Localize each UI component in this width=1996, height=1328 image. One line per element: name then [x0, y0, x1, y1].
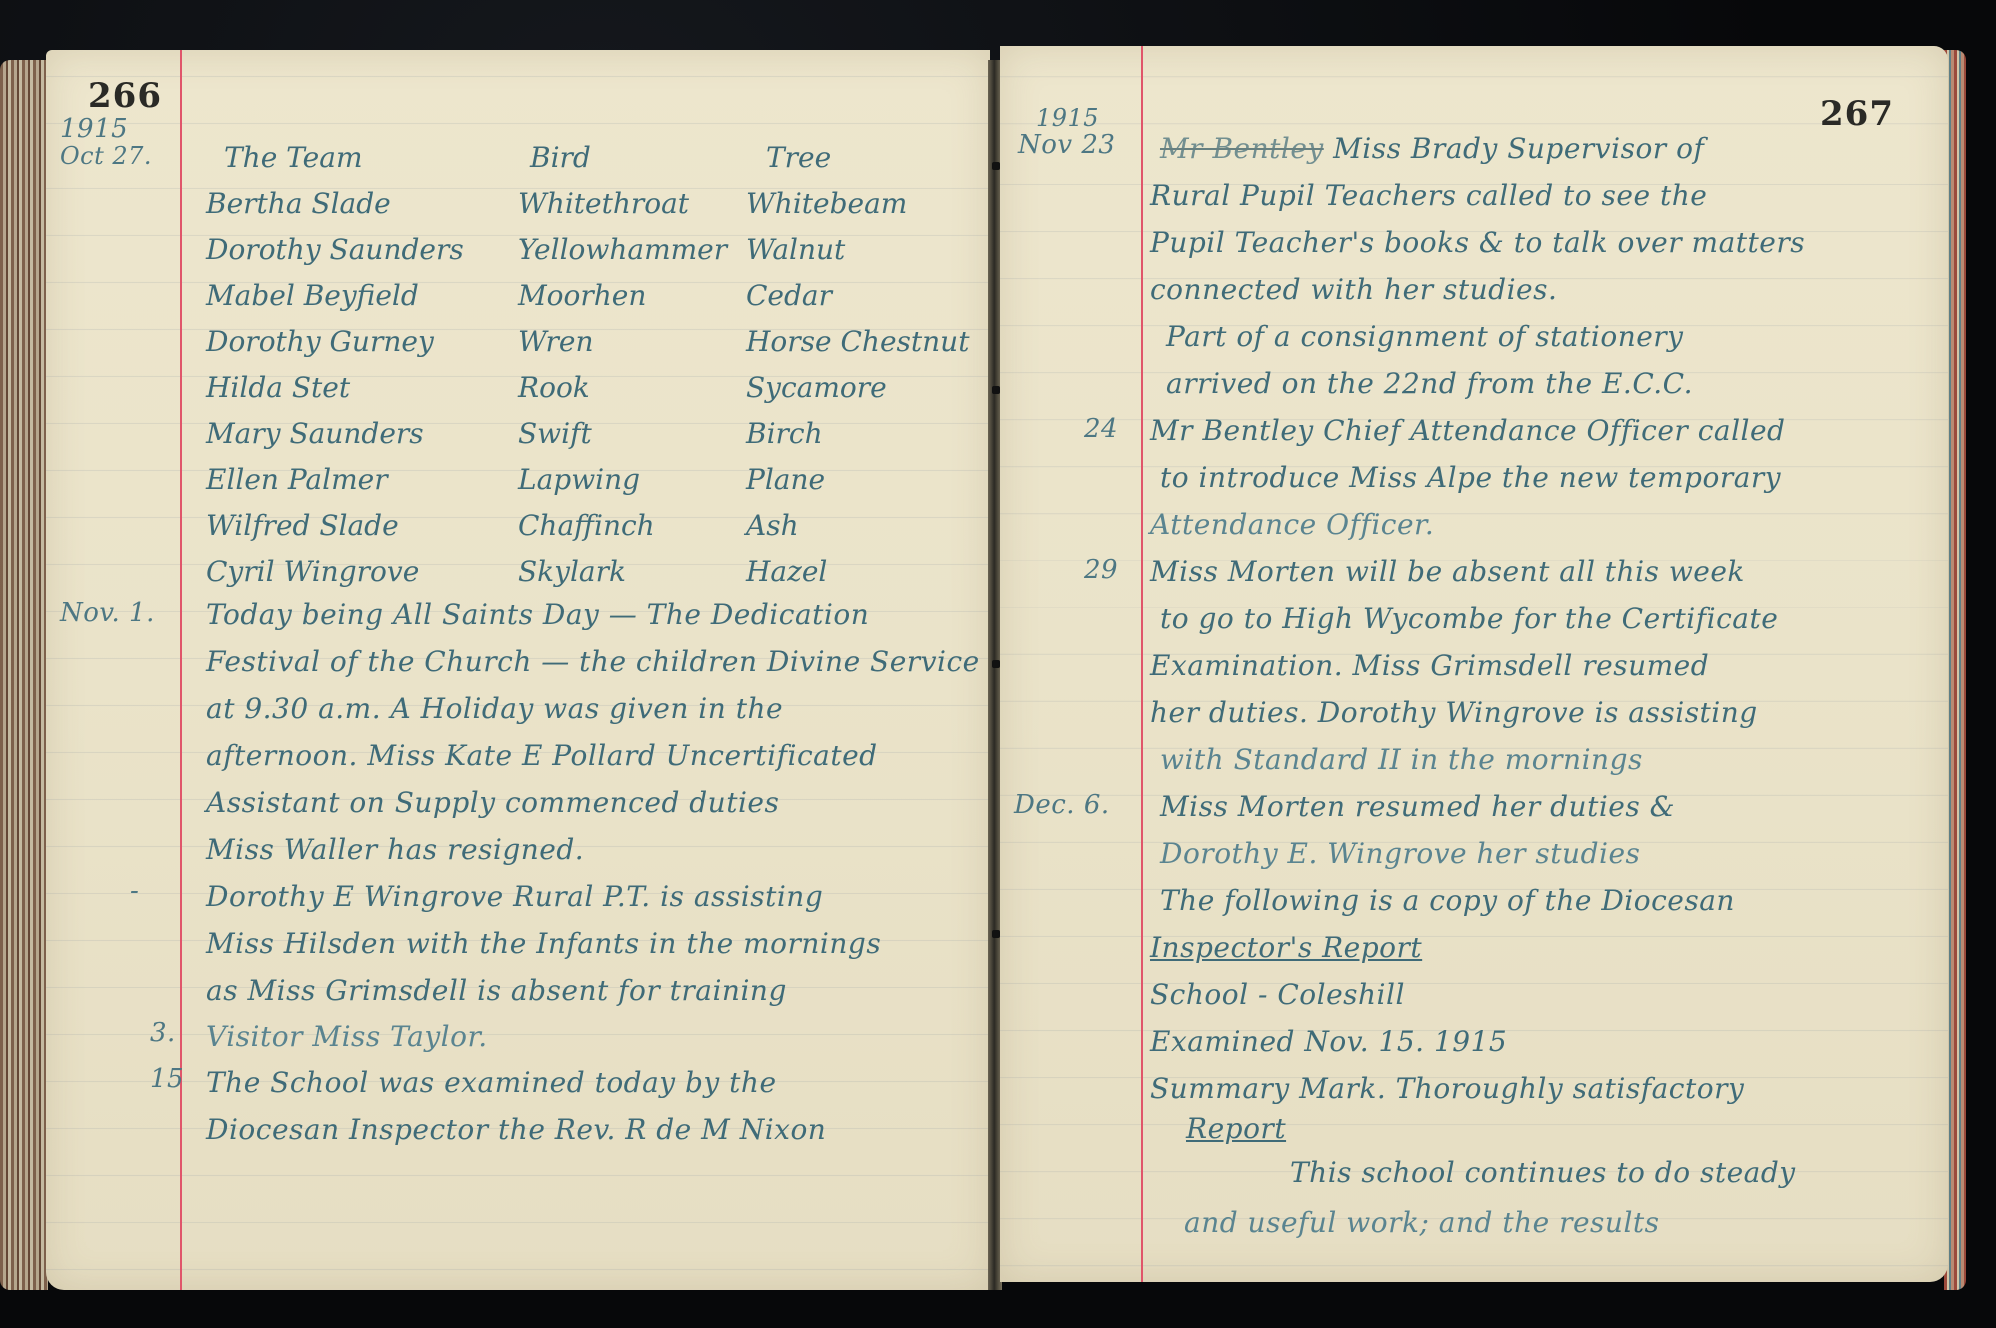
team-bird: Yellowhammer [518, 220, 746, 266]
entry-line: Mr Bentley Miss Brady Supervisor of [1160, 132, 1704, 165]
team-bird: Lapwing [518, 450, 746, 496]
table-row: Bertha Slade Whitethroat Whitebeam [206, 174, 986, 220]
team-tree: Sycamore [746, 358, 986, 404]
year-annotation: 1915 [1036, 104, 1099, 132]
team-name: Dorothy Saunders [206, 220, 518, 266]
entry-date: 24 [1084, 414, 1118, 444]
left-page: 266 1915 Oct 27. The Team Bird Tree Bert… [46, 50, 990, 1290]
entry-line: The following is a copy of the Diocesan [1160, 884, 1735, 917]
team-tree: Horse Chestnut [746, 312, 986, 358]
entry-date: 3. [150, 1018, 176, 1048]
entry-line: Part of a consignment of stationery [1166, 320, 1684, 353]
team-bird: Wren [518, 312, 746, 358]
entry-line: Miss Hilsden with the Infants in the mor… [206, 927, 881, 960]
team-name: Mabel Beyfield [206, 266, 518, 312]
entry-line: arrived on the 22nd from the E.C.C. [1166, 367, 1693, 400]
table-row: Wilfred Slade Chaffinch Ash [206, 496, 986, 542]
team-bird: Moorhen [518, 266, 746, 312]
entry-line: Rural Pupil Teachers called to see the [1150, 179, 1707, 212]
team-table-header: The Team Bird Tree [206, 130, 986, 174]
table-row: Hilda Stet Rook Sycamore [206, 358, 986, 404]
entry-date-ditto: - [130, 876, 139, 906]
team-name-text: Dorothy Gurney [206, 325, 434, 358]
entry-line: to introduce Miss Alpe the new temporary [1160, 461, 1781, 494]
table-row: Dorothy Gurney Wren Horse Chestnut [206, 312, 986, 358]
team-name: Bertha Slade [206, 174, 518, 220]
team-tree: Walnut [746, 220, 986, 266]
binding-stitch [992, 930, 1000, 938]
team-bird: Whitethroat [518, 174, 746, 220]
entry-date: 29 [1084, 555, 1118, 585]
entry-line: Diocesan Inspector the Rev. R de M Nixon [206, 1113, 826, 1146]
entry-line: Today being All Saints Day — The Dedicat… [206, 598, 869, 631]
left-page-edges [0, 60, 48, 1290]
binding-stitch [992, 386, 1000, 394]
margin-rule [1141, 46, 1143, 1282]
margin-rule [180, 50, 182, 1290]
entry-line: her duties. Dorothy Wingrove is assistin… [1150, 696, 1758, 729]
table-row: Dorothy Saunders Yellowhammer Walnut [206, 220, 986, 266]
team-tree: Ash [746, 496, 986, 542]
entry-date: Nov. 1. [60, 598, 155, 628]
team-name: Cyril Wingrove [206, 542, 518, 588]
right-page: 267 1915 Nov 23 Mr Bentley Miss Brady Su… [1000, 46, 1948, 1282]
report-label: Report [1186, 1112, 1286, 1145]
entry-line: connected with her studies. [1150, 273, 1557, 306]
binding-stitch [992, 660, 1000, 668]
team-table: The Team Bird Tree Bertha Slade Whitethr… [206, 130, 986, 588]
entry-line: Dorothy E. Wingrove her studies [1160, 837, 1640, 870]
team-bird: Rook [518, 358, 746, 404]
table-row: Mabel Beyfield Moorhen Cedar [206, 266, 986, 312]
report-heading: Inspector's Report [1150, 931, 1422, 964]
header-tree: Tree [746, 130, 986, 174]
entry-line: Miss Waller has resigned. [206, 833, 584, 866]
team-tree: Birch [746, 404, 986, 450]
year-annotation: 1915 [60, 114, 128, 144]
entry-line: Attendance Officer. [1150, 508, 1434, 541]
report-examined: Examined Nov. 15. 1915 [1150, 1025, 1507, 1058]
team-name: Mary Saunders [206, 404, 518, 450]
header-bird: Bird [518, 130, 746, 174]
entry-date: Nov 23 [1018, 130, 1115, 160]
team-tree: Cedar [746, 266, 986, 312]
entry-line: as Miss Grimsdell is absent for training [206, 974, 787, 1007]
team-bird: Skylark [518, 542, 746, 588]
team-bird: Swift [518, 404, 746, 450]
entry-line: The School was examined today by the [206, 1066, 777, 1099]
entry-line: with Standard II in the mornings [1160, 743, 1643, 776]
page-number: 267 [1820, 94, 1894, 134]
table-row: Mary Saunders Swift Birch [206, 404, 986, 450]
entry-line: to go to High Wycombe for the Certificat… [1160, 602, 1778, 635]
binding-stitch [992, 162, 1000, 170]
team-tree: Plane [746, 450, 986, 496]
entry-line: afternoon. Miss Kate E Pollard Uncertifi… [206, 739, 878, 772]
table-row: Cyril Wingrove Skylark Hazel [206, 542, 986, 588]
report-body: This school continues to do steady [1290, 1156, 1796, 1189]
table-row: Ellen Palmer Lapwing Plane [206, 450, 986, 496]
entry-line: Miss Morten will be absent all this week [1150, 555, 1745, 588]
team-tree: Whitebeam [746, 174, 986, 220]
entry-line: Mr Bentley Chief Attendance Officer call… [1150, 414, 1785, 447]
entry-line: Miss Morten resumed her duties & [1160, 790, 1675, 823]
entry-line: at 9.30 a.m. A Holiday was given in the [206, 692, 783, 725]
entry-line: Assistant on Supply commenced duties [206, 786, 779, 819]
report-body: and useful work; and the results [1184, 1206, 1660, 1239]
team-name: Hilda Stet [206, 358, 518, 404]
team-tree: Hazel [746, 542, 986, 588]
entry-date: Oct 27. [60, 142, 152, 170]
team-name: Dorothy Gurney [206, 312, 518, 358]
struck-text: Mr Bentley [1160, 132, 1324, 165]
team-bird: Chaffinch [518, 496, 746, 542]
entry-line: Visitor Miss Taylor. [206, 1020, 488, 1053]
team-name: Wilfred Slade [206, 496, 518, 542]
entry-date: 15 [150, 1064, 184, 1094]
entry-line: Examination. Miss Grimsdell resumed [1150, 649, 1709, 682]
entry-line: Festival of the Church — the children Di… [206, 645, 980, 678]
report-school: School - Coleshill [1150, 978, 1405, 1011]
entry-date: Dec. 6. [1014, 790, 1110, 820]
report-summary-mark: Summary Mark. Thoroughly satisfactory [1150, 1072, 1744, 1105]
entry-line: Dorothy E Wingrove Rural P.T. is assisti… [206, 880, 823, 913]
entry-line: Pupil Teacher's books & to talk over mat… [1150, 226, 1805, 259]
header-team: The Team [206, 130, 518, 174]
entry-line-text: Miss Brady Supervisor of [1333, 132, 1704, 165]
page-number: 266 [88, 76, 162, 116]
team-name: Ellen Palmer [206, 450, 518, 496]
